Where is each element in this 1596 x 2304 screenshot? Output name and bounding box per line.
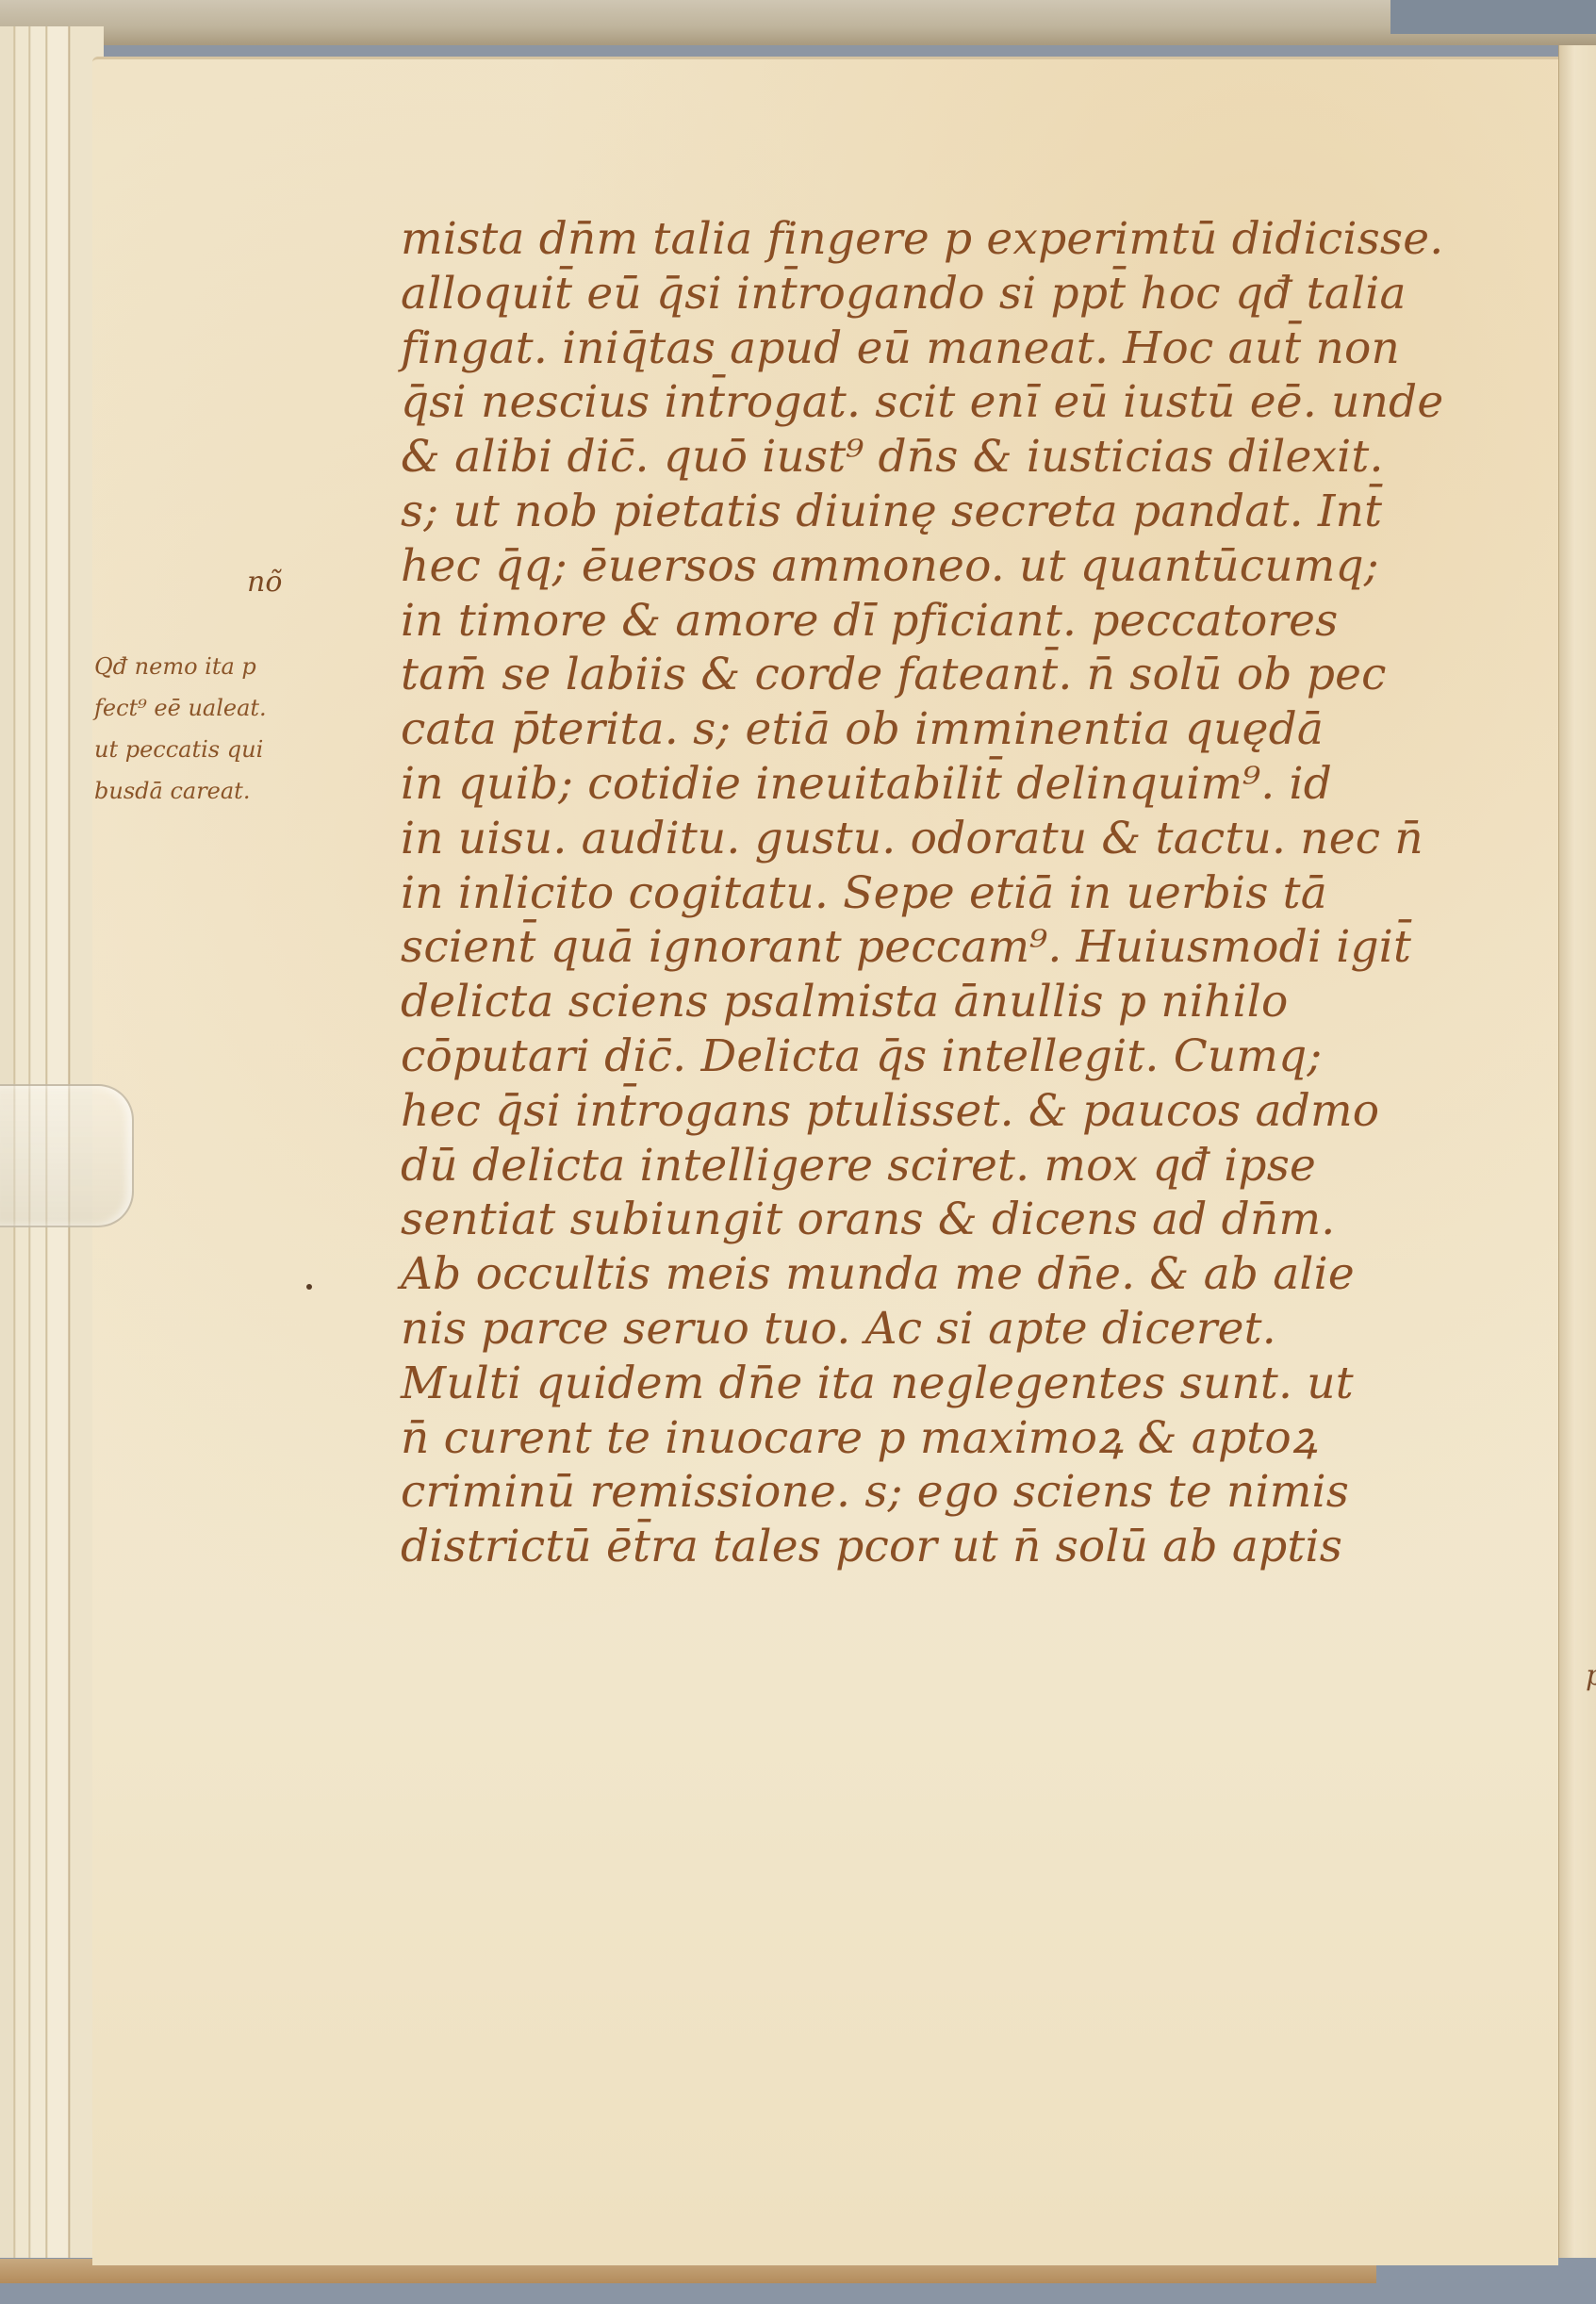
text-line: & alibi dic̄. quō iust⁹ dn̄s & iusticias…: [401, 430, 1475, 485]
text-line: in quib; cotidie ineuitabilit̄ delinquim…: [401, 757, 1475, 812]
text-line: tam̄ se labiis & corde fateant̄. n̄ solū…: [401, 648, 1475, 702]
text-line: in inlicito cogitatu. Sepe etiā in uerbi…: [401, 866, 1475, 921]
text-line: districtū ēt̄ra tales pcor ut n̄ solū ab…: [401, 1520, 1475, 1574]
text-line: in uisu. auditu. gustu. odoratu & tactu.…: [401, 812, 1475, 866]
margin-nota-mark: nõ: [247, 566, 282, 599]
text-line: s; ut nob pietatis diuinę secreta pandat…: [401, 485, 1475, 539]
binding-top-edge: [0, 0, 1596, 45]
main-text-block: mista dn̄m talia fingere p experimtū did…: [401, 212, 1475, 1574]
margin-gloss-line: busdā careat.: [94, 770, 377, 812]
ink-spot: [306, 1284, 312, 1290]
text-line: alloquit̄ eū q̄si int̄rogando si ppt̄ ho…: [401, 267, 1475, 321]
gutter-fold: [1558, 45, 1596, 2270]
text-line: n̄ curent te inuocare p maximoꝝ & aptoꝝ: [401, 1411, 1475, 1466]
text-line: criminū remissione. s; ego sciens te nim…: [401, 1465, 1475, 1520]
background-top-right: [1390, 0, 1596, 34]
margin-gloss-line: Qđ nemo ita p: [94, 646, 377, 687]
margin-gloss-line: fect⁹ eē ualeat.: [94, 687, 377, 729]
text-line: hec q̄q; ēuersos ammoneo. ut quantūcumq;: [401, 539, 1475, 594]
text-line: mista dn̄m talia fingere p experimtū did…: [401, 212, 1475, 267]
text-line: scient̄ quā ignorant peccam⁹. Huiusmodi …: [401, 920, 1475, 975]
text-line: in timore & amore dī pficiant. peccatore…: [401, 594, 1475, 649]
text-line: hec q̄si int̄rogans ptulisset. & paucos …: [401, 1084, 1475, 1139]
text-line: Ab occultis meis munda me dn̄e. & ab ali…: [401, 1247, 1475, 1302]
text-line: cōputari dic̄. Delicta q̄s intellegit. C…: [401, 1029, 1475, 1084]
text-line: cata p̄terita. s; etiā ob imminentia quę…: [401, 702, 1475, 757]
text-line: q̄si nescius int̄rogat. scit enī eū iust…: [401, 375, 1475, 430]
page-clip: [0, 1084, 134, 1227]
text-line: Multi quidem dn̄e ita neglegentes sunt. …: [401, 1357, 1475, 1411]
text-line: delicta sciens psalmista ānullis p nihil…: [401, 975, 1475, 1029]
margin-gloss-line: ut peccatis qui: [94, 729, 377, 770]
text-line: nis parce seruo tuo. Ac si apte diceret.: [401, 1302, 1475, 1357]
text-line: sentiat subiungit orans & dicens ad dn̄m…: [401, 1193, 1475, 1247]
margin-gloss: Qđ nemo ita p fect⁹ eē ualeat. ut peccat…: [94, 646, 377, 812]
text-line: fingat. iniq̄tas apud eū maneat. Hoc aut…: [401, 321, 1475, 376]
text-line: dū delicta intelligere sciret. mox qđ ip…: [401, 1139, 1475, 1193]
facing-page-glimpse: p: [1586, 1659, 1596, 1692]
